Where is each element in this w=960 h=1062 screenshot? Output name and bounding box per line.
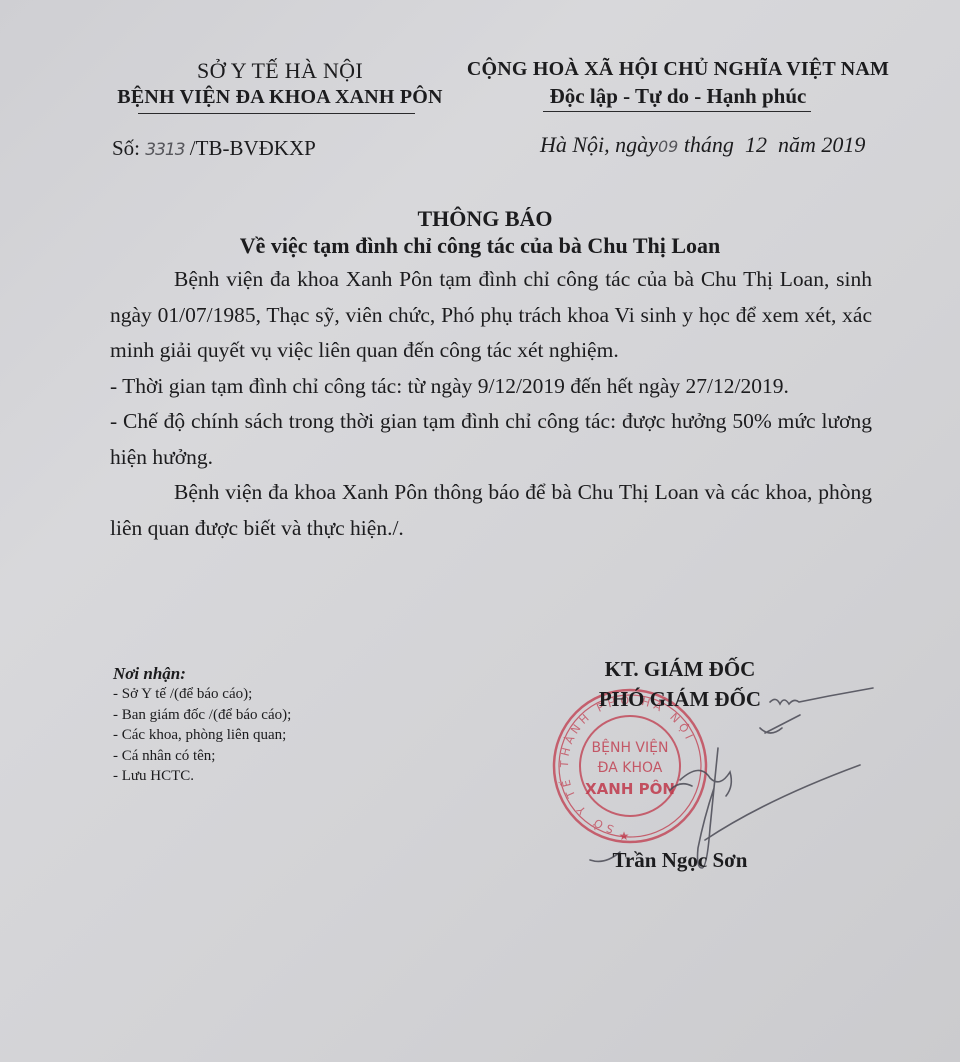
body-paragraph-2: Bệnh viện đa khoa Xanh Pôn thông báo để …	[110, 475, 872, 546]
body-item-2: - Chế độ chính sách trong thời gian tạm …	[110, 404, 872, 475]
document-number: Số: 3313 /TB-BVĐKXP	[112, 136, 316, 161]
document-subtitle: Về việc tạm đình chỉ công tác của bà Chu…	[0, 233, 960, 259]
recipient-item: - Lưu HCTC.	[113, 766, 413, 787]
body-item-1: - Thời gian tạm đình chỉ công tác: từ ng…	[110, 369, 872, 405]
national-motto: Độc lập - Tự do - Hạnh phúc	[458, 84, 898, 109]
national-title: CỘNG HOÀ XÃ HỘI CHỦ NGHĨA VIỆT NAM	[458, 58, 898, 81]
recipient-item: - Cá nhân có tên;	[113, 746, 413, 767]
document-page: SỞ Y TẾ HÀ NỘI BỆNH VIỆN ĐA KHOA XANH PÔ…	[0, 0, 960, 1062]
date-day-handwritten: 09	[658, 137, 678, 156]
recipients-block: Nơi nhận: - Sở Y tế /(để báo cáo); - Ban…	[113, 664, 413, 787]
recipient-item: - Ban giám đốc /(để báo cáo);	[113, 705, 413, 726]
document-number-handwritten: 3313	[145, 140, 184, 160]
recipients-list: - Sở Y tế /(để báo cáo); - Ban giám đốc …	[113, 684, 413, 787]
issuing-organization: BỆNH VIỆN ĐA KHOA XANH PÔN	[110, 86, 450, 109]
recipient-item: - Sở Y tế /(để báo cáo);	[113, 684, 413, 705]
document-title: THÔNG BÁO	[0, 206, 960, 232]
date-month: 12	[745, 132, 767, 157]
body-paragraph-1: Bệnh viện đa khoa Xanh Pôn tạm đình chỉ …	[110, 262, 872, 369]
date-year: 2019	[821, 132, 865, 157]
document-number-suffix: /TB-BVĐKXP	[190, 136, 316, 160]
date-year-label: năm	[778, 132, 816, 157]
date-prefix: Hà Nội, ngày	[540, 132, 658, 157]
document-date: Hà Nội, ngày09 tháng 12 năm 2019	[540, 132, 865, 158]
recipients-heading: Nơi nhận:	[113, 664, 413, 684]
issuing-authority: SỞ Y TẾ HÀ NỘI	[110, 58, 450, 84]
document-body: Bệnh viện đa khoa Xanh Pôn tạm đình chỉ …	[110, 262, 872, 546]
document-number-label: Số:	[112, 136, 140, 160]
recipient-item: - Các khoa, phòng liên quan;	[113, 725, 413, 746]
date-month-label: tháng	[684, 132, 734, 157]
header-right-underline	[543, 111, 811, 112]
header-left-underline	[138, 113, 415, 114]
signer-name: Trần Ngọc Sơn	[560, 848, 800, 873]
